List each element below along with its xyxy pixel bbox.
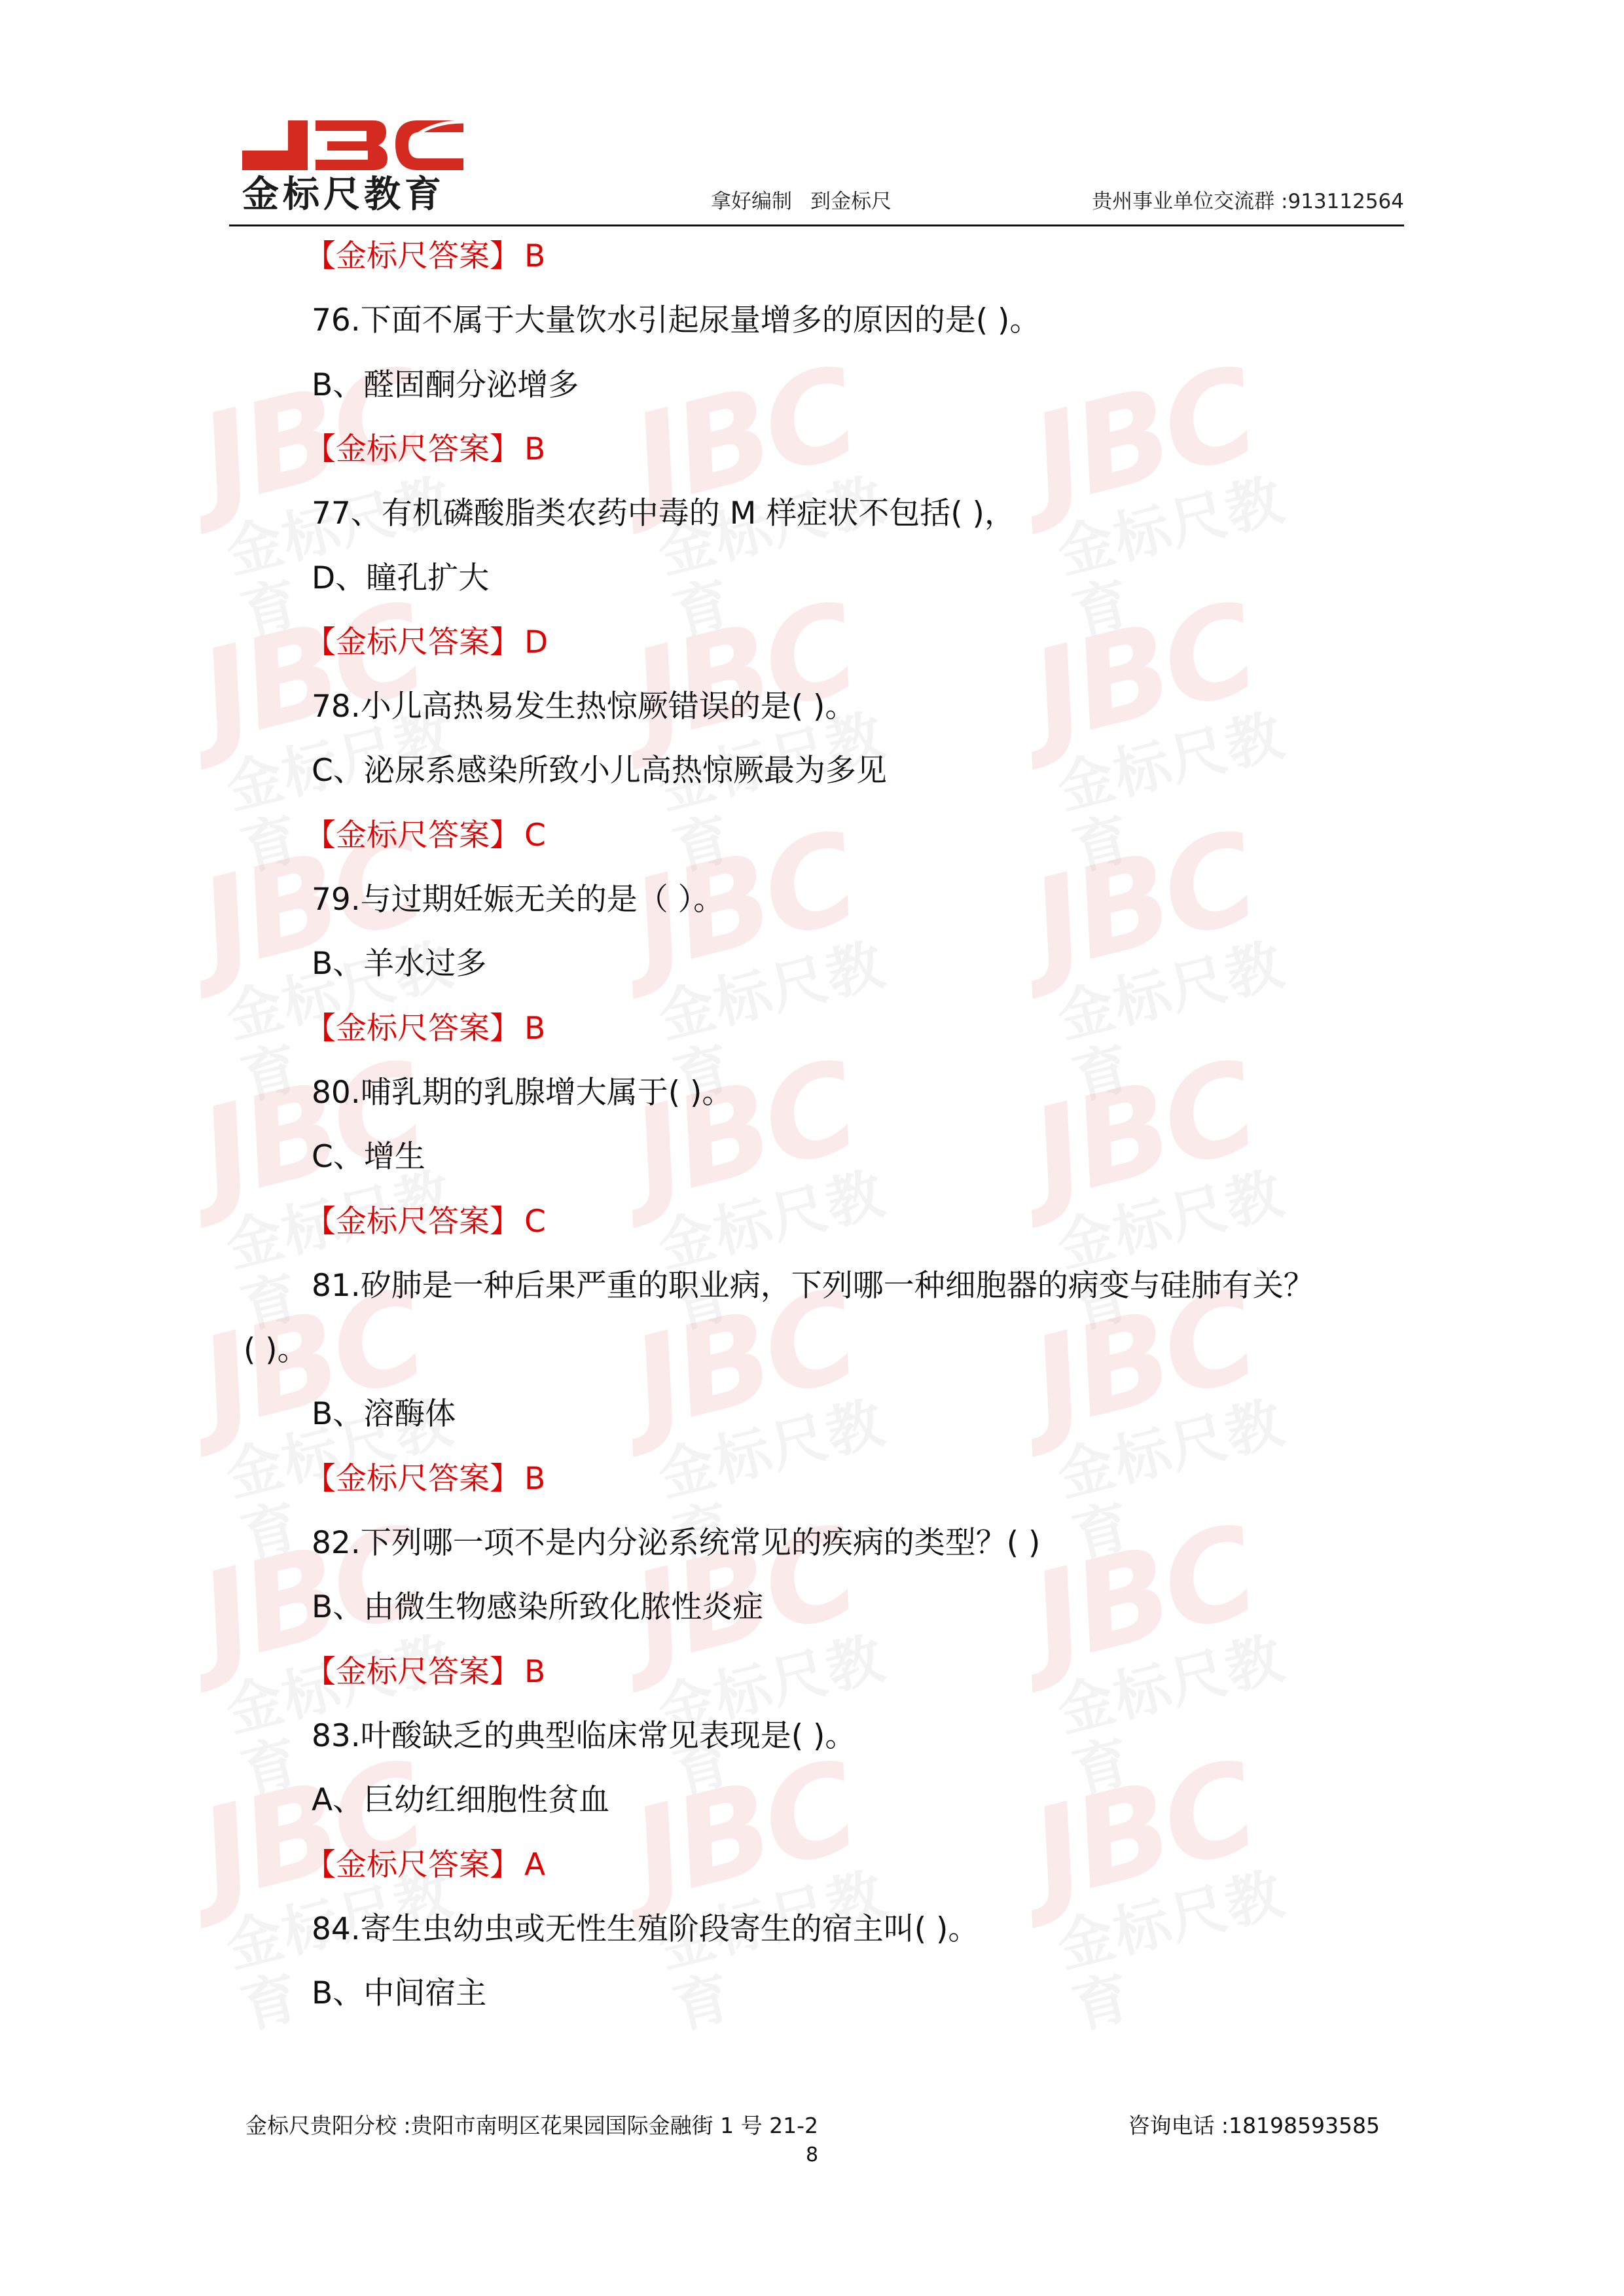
answer-letter: D	[524, 624, 548, 660]
watermark-name: 金标尺教育	[1051, 1379, 1355, 1569]
watermark-logo: JBC金标尺教育	[1021, 571, 1342, 829]
answer-label: 【金标尺答案】	[305, 817, 520, 853]
question-text: 84.寄生虫幼虫或无性生殖阶段寄生的宿主叫( )。	[312, 1910, 979, 1949]
question-text: 77、有机磷酸脂类农药中毒的 M 样症状不包括( )，	[312, 494, 1015, 533]
watermark-logo: JBC金标尺教育	[622, 335, 943, 594]
watermark-mark: JBC	[622, 1729, 925, 1918]
watermark-name: 金标尺教育	[1051, 1850, 1355, 2040]
answer-line: 【金标尺答案】B	[305, 1653, 545, 1692]
watermark-name: 金标尺教育	[1051, 921, 1355, 1111]
answer-label: 【金标尺答案】	[305, 238, 520, 274]
watermark-name: 金标尺教育	[220, 1150, 524, 1340]
watermark-name: 金标尺教育	[1051, 1615, 1355, 1804]
option-text: C、泌尿系感染所致小儿高热惊厥最为多见	[312, 751, 887, 791]
document-page: JBC金标尺教育JBC金标尺教育JBC金标尺教育JBC金标尺教育JBC金标尺教育…	[0, 0, 1624, 2296]
watermark-mark: JBC	[1021, 800, 1324, 988]
watermark-name: 金标尺教育	[652, 1615, 956, 1804]
logo-name: 金标尺教育	[242, 174, 445, 216]
option-text: A、巨幼红细胞性贫血	[312, 1781, 609, 1820]
option-text: B、羊水过多	[312, 944, 486, 984]
watermark-mark: JBC	[1021, 335, 1324, 524]
answer-letter: C	[524, 817, 546, 853]
watermark-logo: JBC金标尺教育	[1021, 800, 1342, 1058]
question-text: 79.与过期妊娠无关的是（ ）。	[312, 880, 724, 920]
answer-letter: B	[524, 1654, 545, 1690]
watermark-mark: JBC	[190, 1729, 493, 1918]
option-text: B、醛固酮分泌增多	[312, 366, 579, 405]
watermark-mark: JBC	[1021, 1729, 1324, 1918]
watermark-logo: JBC金标尺教育	[1021, 1729, 1342, 1988]
answer-letter: B	[524, 1011, 545, 1047]
question-text: 76.下面不属于大量饮水引起尿量增多的原因的是( )。	[312, 301, 1040, 340]
answer-letter: B	[524, 1461, 545, 1497]
watermark-name: 金标尺教育	[220, 1615, 524, 1804]
question-continuation: ( )。	[244, 1331, 308, 1370]
option-text: B、溶酶体	[312, 1395, 456, 1434]
header-group-info: 贵州事业单位交流群 :913112564	[1092, 185, 1404, 214]
slogan-part-2: 到金标尺	[810, 190, 892, 213]
watermark-name: 金标尺教育	[1051, 692, 1355, 882]
watermark-logo: JBC金标尺教育	[1021, 1029, 1342, 1287]
question-text: 80.哺乳期的乳腺增大属于( )。	[312, 1073, 732, 1113]
watermark-logo: JBC金标尺教育	[622, 800, 943, 1058]
watermark-mark: JBC	[190, 1029, 493, 1217]
watermark-mark: JBC	[1021, 1029, 1324, 1217]
option-text: D、瞳孔扩大	[312, 559, 489, 598]
answer-line: 【金标尺答案】B	[305, 1009, 545, 1049]
answer-line: 【金标尺答案】C	[305, 1202, 546, 1242]
answer-label: 【金标尺答案】	[305, 1654, 520, 1690]
answer-line: 【金标尺答案】B	[305, 430, 545, 469]
answer-letter: B	[524, 238, 545, 274]
answer-line: 【金标尺答案】B	[305, 237, 545, 276]
question-text: 83.叶酸缺乏的典型临床常见表现是( )。	[312, 1717, 856, 1756]
page-number: 8	[0, 2144, 1624, 2166]
answer-letter: C	[524, 1204, 546, 1240]
watermark-logo: JBC金标尺教育	[1021, 1494, 1342, 1752]
option-text: B、由微生物感染所致化脓性炎症	[312, 1588, 763, 1627]
question-text: 82.下列哪一项不是内分泌系统常见的疾病的类型？( )	[312, 1524, 1040, 1563]
watermark-name: 金标尺教育	[220, 456, 524, 646]
watermark-mark: JBC	[190, 571, 493, 759]
option-text: B、中间宿主	[312, 1974, 486, 2013]
watermark-logo: JBC金标尺教育	[622, 1029, 943, 1287]
answer-line: 【金标尺答案】C	[305, 816, 546, 855]
answer-line: 【金标尺答案】D	[305, 623, 548, 662]
jbc-logo-mark-icon	[242, 118, 465, 174]
answer-label: 【金标尺答案】	[305, 431, 520, 467]
watermark-name: 金标尺教育	[1051, 1150, 1355, 1340]
question-text: 78.小儿高热易发生热惊厥错误的是( )。	[312, 687, 856, 726]
watermark-name: 金标尺教育	[652, 456, 956, 646]
watermark-mark: JBC	[1021, 571, 1324, 759]
watermark-mark: JBC	[1021, 1494, 1324, 1682]
footer-phone: 咨询电话 :18198593585	[1128, 2109, 1380, 2140]
option-text: C、增生	[312, 1138, 425, 1177]
answer-label: 【金标尺答案】	[305, 1847, 520, 1883]
page-header: 金标尺教育 拿好编制到金标尺 贵州事业单位交流群 :913112564	[229, 111, 1404, 223]
watermark-logo: JBC金标尺教育	[622, 1729, 943, 1988]
header-slogan: 拿好编制到金标尺	[711, 185, 892, 214]
watermark-mark: JBC	[622, 1029, 925, 1217]
slogan-part-1: 拿好编制	[711, 190, 792, 213]
answer-line: 【金标尺答案】B	[305, 1460, 545, 1499]
answer-label: 【金标尺答案】	[305, 1011, 520, 1047]
answer-label: 【金标尺答案】	[305, 1461, 520, 1497]
footer-address: 金标尺贵阳分校 :贵阳市南明区花果园国际金融街 1 号 21-2	[245, 2109, 818, 2140]
watermark-name: 金标尺教育	[1051, 456, 1355, 646]
watermark-logo: JBC金标尺教育	[1021, 335, 1342, 594]
answer-label: 【金标尺答案】	[305, 1204, 520, 1240]
answer-letter: B	[524, 431, 545, 467]
answer-label: 【金标尺答案】	[305, 624, 520, 660]
question-text: 81.矽肺是一种后果严重的职业病，下列哪一种细胞器的病变与硅肺有关？	[312, 1266, 1314, 1306]
answer-letter: A	[524, 1847, 545, 1883]
watermark-name: 金标尺教育	[652, 1150, 956, 1340]
answer-line: 【金标尺答案】A	[305, 1846, 545, 1885]
jbc-logo: 金标尺教育	[242, 118, 465, 216]
watermark-mark: JBC	[622, 571, 925, 759]
header-divider	[229, 224, 1404, 226]
